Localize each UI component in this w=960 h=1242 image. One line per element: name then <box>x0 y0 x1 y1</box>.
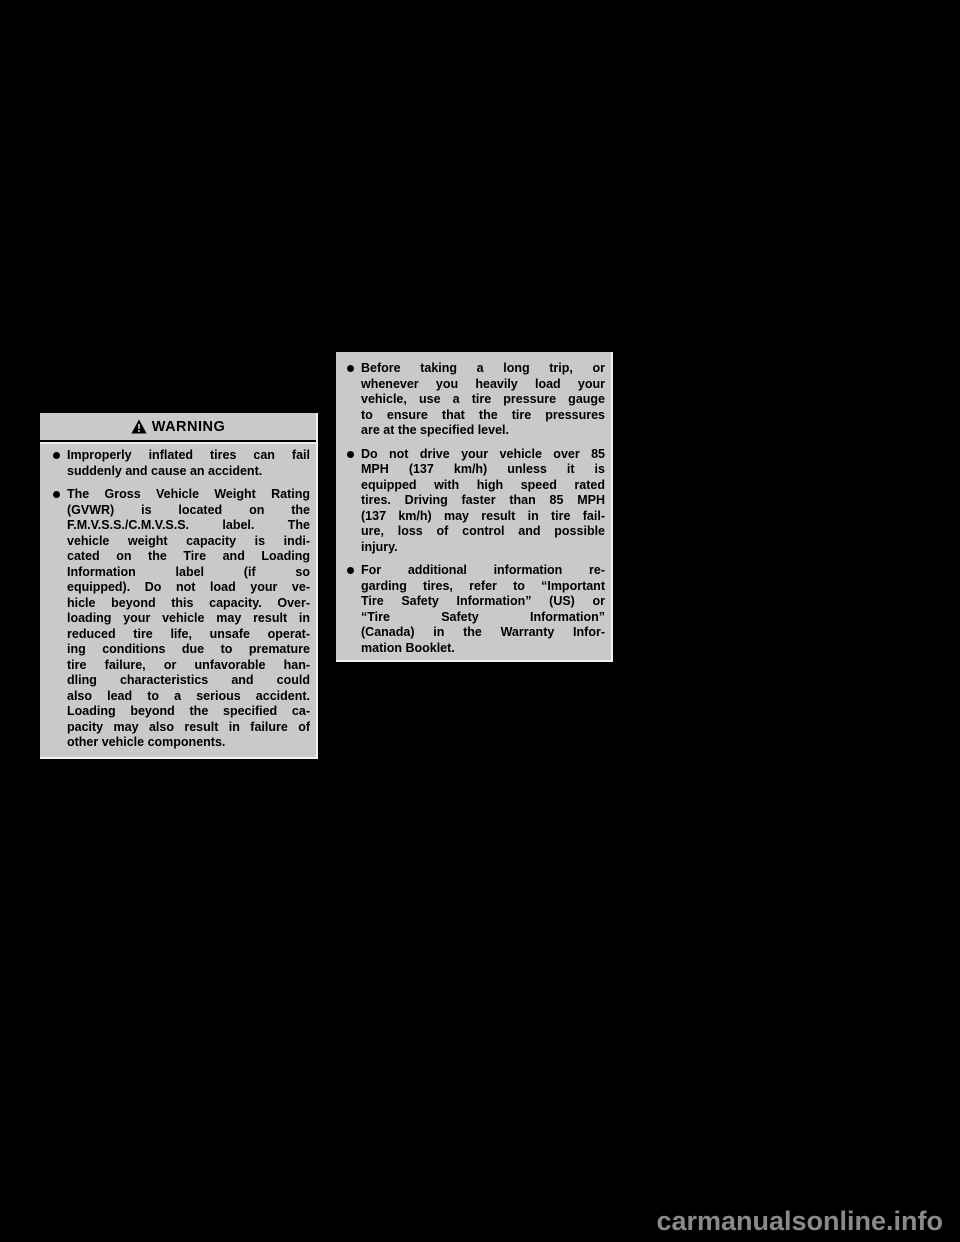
bullet-icon <box>53 491 60 498</box>
warning-triangle-icon <box>131 419 147 434</box>
list-item: Do not drive your vehicle over 85MPH (13… <box>344 447 605 556</box>
warning-header: WARNING <box>40 413 316 442</box>
list-item-text: The Gross Vehicle Weight Rating(GVWR) is… <box>67 487 310 751</box>
list-item: Improperly inflated tires can failsudden… <box>50 448 310 479</box>
bullet-icon <box>347 567 354 574</box>
list-item: The Gross Vehicle Weight Rating(GVWR) is… <box>50 487 310 751</box>
tire-tips-body: Before taking a long trip, orwhenever yo… <box>336 352 611 656</box>
bullet-icon <box>347 365 354 372</box>
warning-title: WARNING <box>152 419 226 435</box>
list-item: For additional information re-garding ti… <box>344 563 605 656</box>
list-item-text: Do not drive your vehicle over 85MPH (13… <box>361 447 605 556</box>
tire-tips-box: Before taking a long trip, orwhenever yo… <box>336 352 613 662</box>
list-item: Before taking a long trip, orwhenever yo… <box>344 361 605 439</box>
bullet-icon <box>347 451 354 458</box>
warning-box: WARNING Improperly inflated tires can fa… <box>40 413 318 759</box>
list-item-text: For additional information re-garding ti… <box>361 563 605 656</box>
warning-body: Improperly inflated tires can failsudden… <box>40 442 316 751</box>
list-item-text: Before taking a long trip, orwhenever yo… <box>361 361 605 439</box>
list-item-text: Improperly inflated tires can failsudden… <box>67 448 310 479</box>
watermark-text: carmanualsonline.info <box>656 1206 943 1237</box>
bullet-icon <box>53 452 60 459</box>
